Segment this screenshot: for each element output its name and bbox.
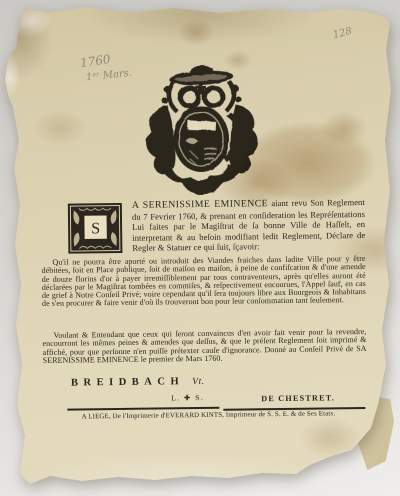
- printer-imprint-line: A LIEGE, De l'Imprimerie d'EVERARD KINTS…: [47, 410, 369, 421]
- coat-of-arms-engraving: [137, 58, 265, 198]
- signature-chestret: DE CHESTRET.: [261, 393, 335, 403]
- regulation-paragraph: Qu'il ne pourra être aporté ou introduit…: [41, 255, 366, 309]
- seal-mark: L. ✚ S.: [171, 393, 204, 402]
- opening-paragraph: S A SERENISSIME EMINENCE aiant revu Son …: [67, 197, 366, 255]
- closing-paragraph: Voulant & Entendant que ceux qui ſeront …: [42, 328, 366, 365]
- divider-rule-left: [67, 407, 219, 410]
- ornamental-dropcap-block: S: [67, 202, 124, 255]
- drop-cap-letter: S: [91, 220, 100, 237]
- photo-backdrop: 1760 1ᵉʳ Mars. 128: [0, 0, 400, 496]
- paper-shadow-wrap: 1760 1ᵉʳ Mars. 128: [0, 0, 400, 496]
- signature-breidbach-suffix: Vt.: [192, 377, 204, 387]
- signature-breidbach-name: BREIDBACH: [71, 376, 184, 388]
- printed-layer: S A SERENISSIME EMINENCE aiant revu Son …: [0, 0, 400, 496]
- document-paper: 1760 1ᵉʳ Mars. 128: [0, 0, 400, 496]
- signature-breidbach: BREIDBACH Vt.: [71, 376, 205, 389]
